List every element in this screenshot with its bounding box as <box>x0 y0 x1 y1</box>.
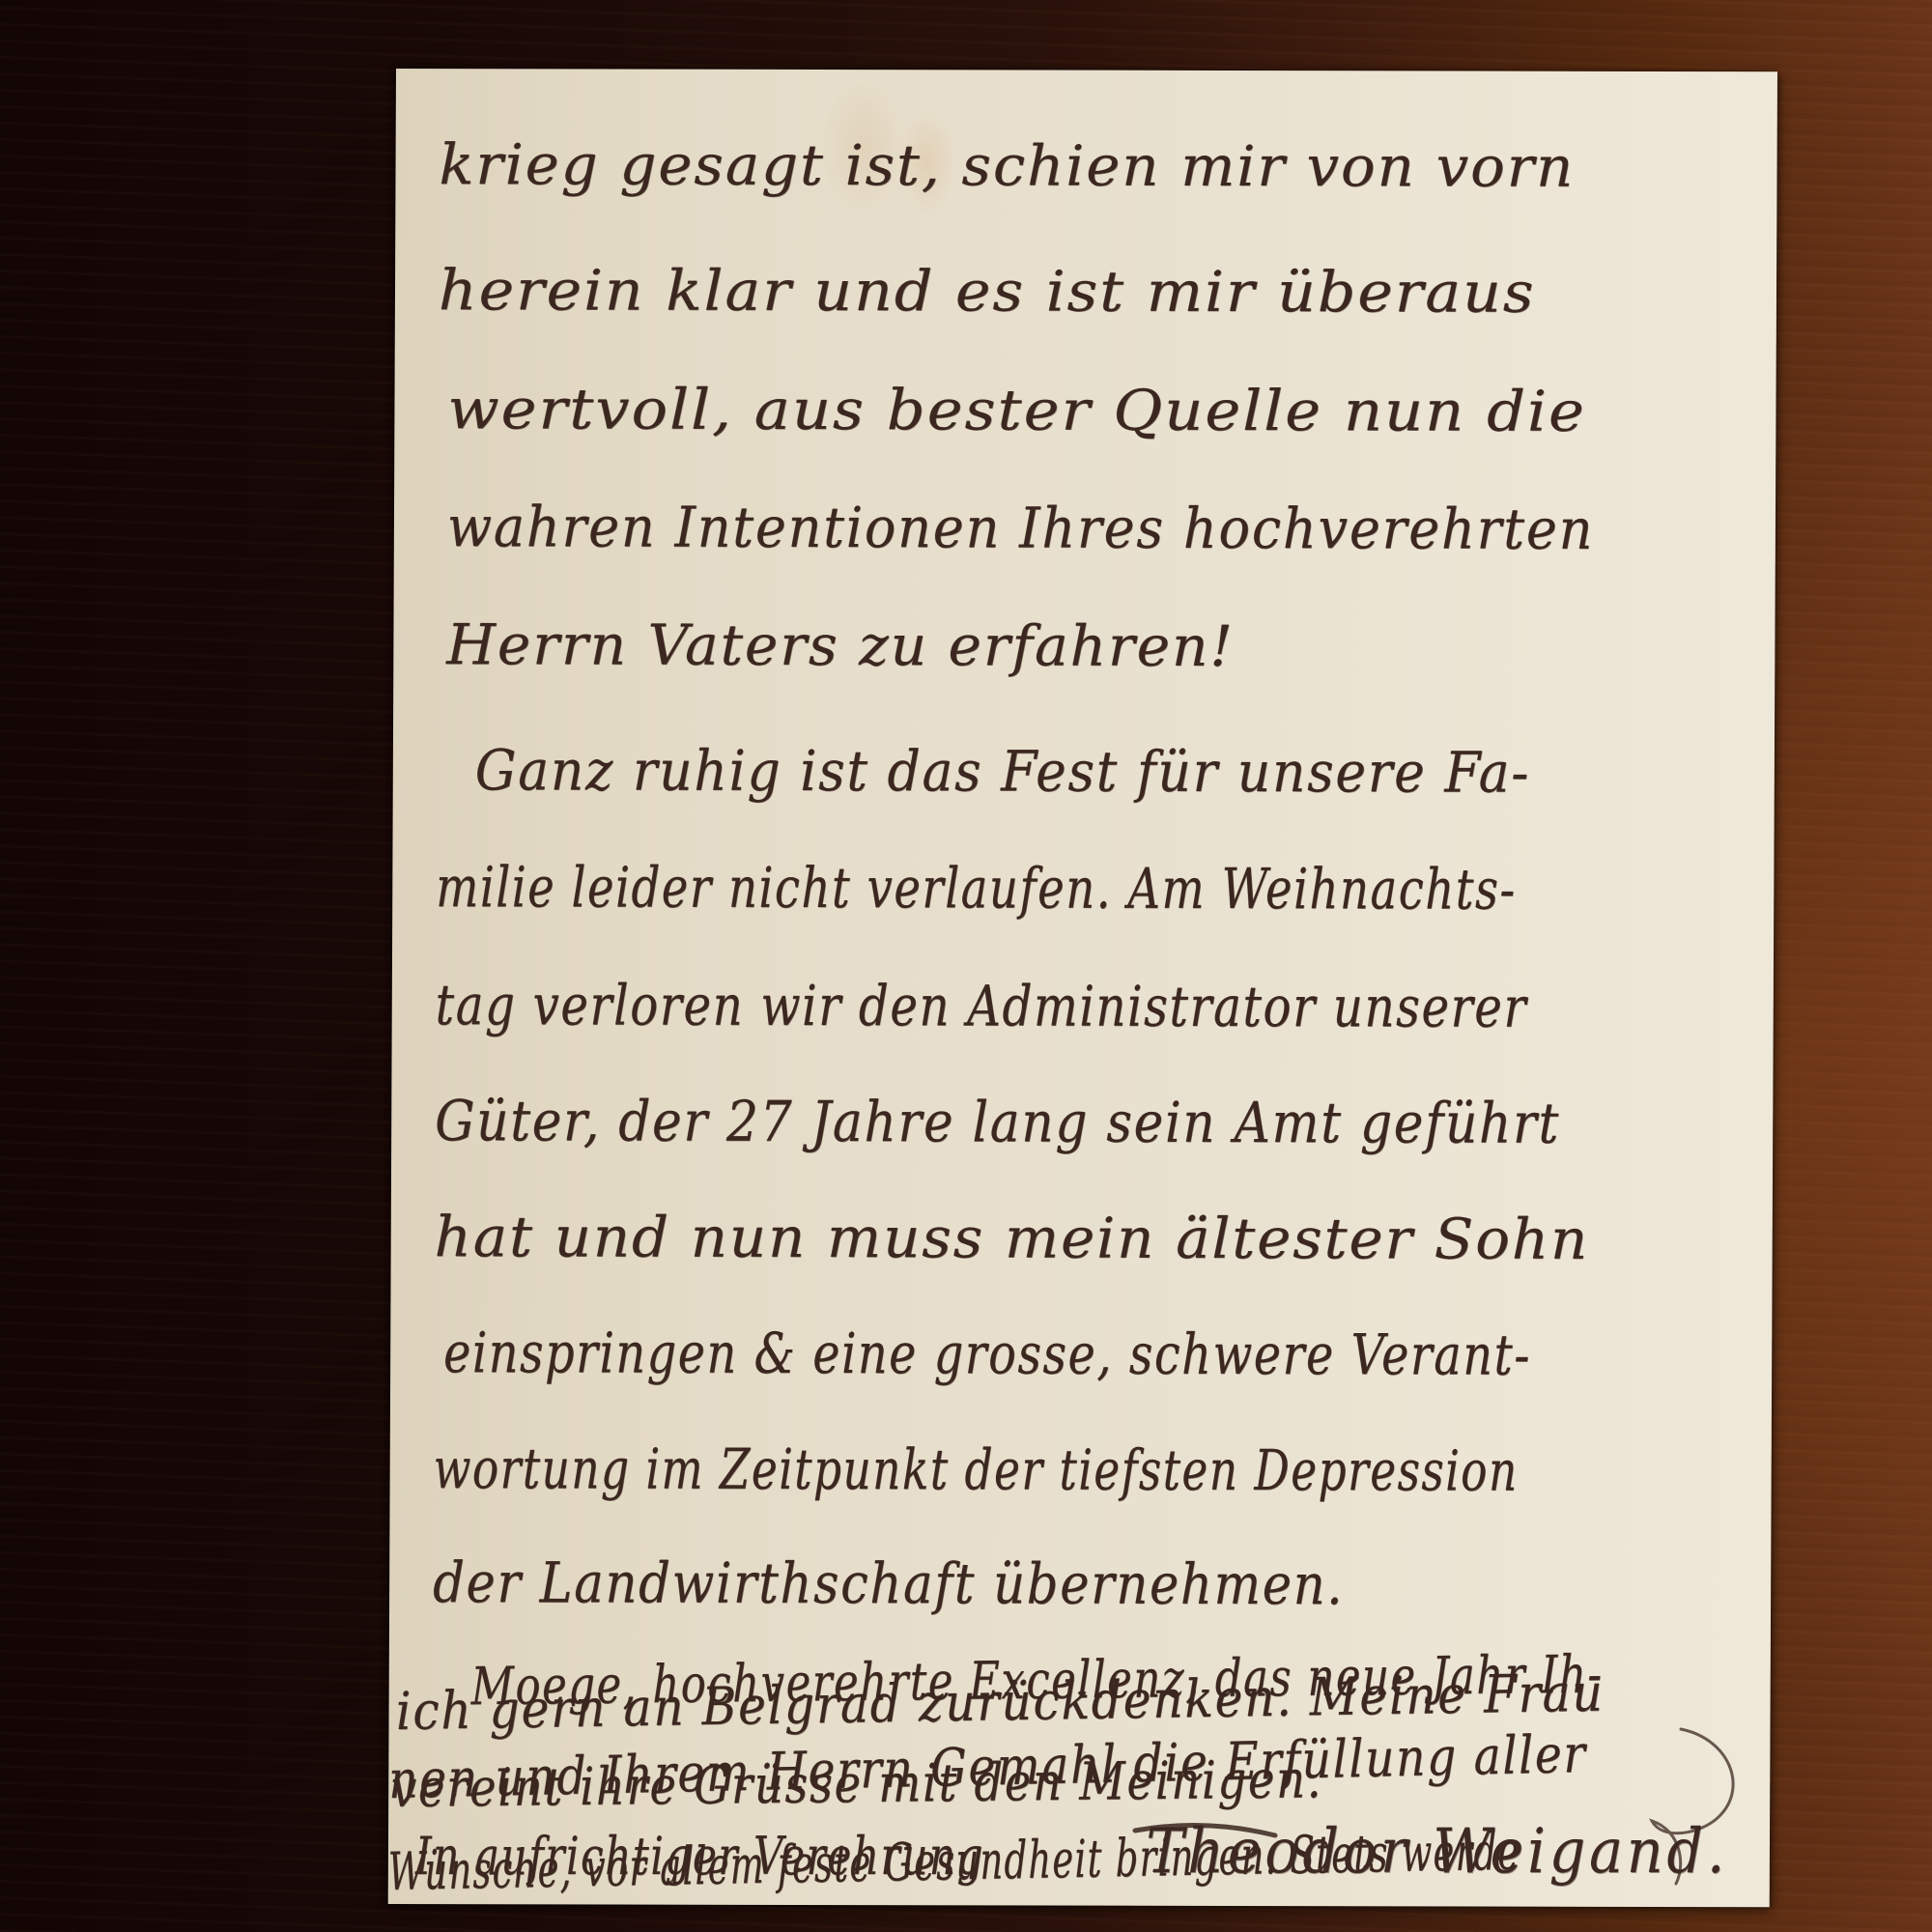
letter-closing: Moege, hochverehrte Excellenz, das neue … <box>388 69 1777 1907</box>
letter-line: nen und Ihrem Herrn Gemahl die Erfüllung… <box>388 1728 1587 1806</box>
letter-line: Wünsche, vor allem feste Gesundheit brin… <box>388 1826 1520 1898</box>
letter-page: krieg gesagt ist, schien mir von vorn he… <box>388 69 1777 1907</box>
letter-line: Moege, hochverehrte Excellenz, das neue … <box>471 1649 1604 1714</box>
